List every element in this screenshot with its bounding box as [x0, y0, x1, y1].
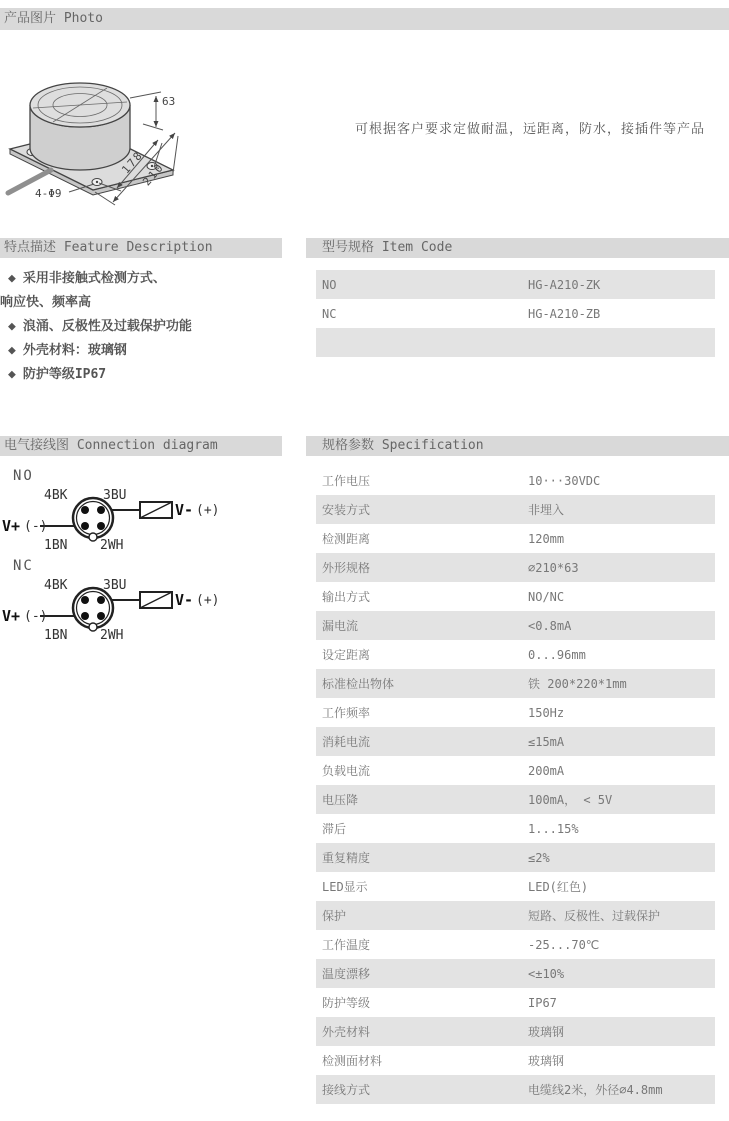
spec-label: 设定距离 [316, 640, 522, 669]
supply-plus-label: V+ [2, 607, 20, 625]
wiring-diagram-no: NO 4BK 3BU 1BN 2WH V+ (-) V- (+) [0, 466, 222, 554]
pin-label-4bk: 4BK [44, 488, 68, 503]
spec-label: 工作温度 [316, 930, 522, 959]
spec-label: 负载电流 [316, 756, 522, 785]
spec-label: 消耗电流 [316, 727, 522, 756]
spec-value: <±10% [522, 959, 715, 988]
diamond-bullet-icon: ◆ [8, 271, 16, 286]
supply-plus-polarity: (-) [24, 609, 47, 624]
table-row: 接线方式电缆线2米，外径∅4.8mm [316, 1075, 715, 1104]
spec-value: 0...96mm [522, 640, 715, 669]
table-row: 工作温度-25...70℃ [316, 930, 715, 959]
item-code-table: NOHG-A210-ZK NCHG-A210-ZB [316, 270, 715, 357]
table-row: LED显示LED(红色) [316, 872, 715, 901]
feature-text: 浪涌、反极性及过载保护功能 [23, 319, 192, 334]
spec-value: 150Hz [522, 698, 715, 727]
wiring-diagram-nc: NC 4BK 3BU 1BN 2WH V+ (-) V- (+) [0, 556, 222, 644]
table-row: 工作电压10···30VDC [316, 466, 715, 495]
table-row: 滞后1...15% [316, 814, 715, 843]
spec-value: <0.8mA [522, 611, 715, 640]
spec-value: 非埋入 [522, 495, 715, 524]
spec-label: 检测面材料 [316, 1046, 522, 1075]
feature-line: 响应快、频率高 [0, 291, 302, 315]
spec-label: 标准检出物体 [316, 669, 522, 698]
diamond-bullet-icon: ◆ [8, 319, 16, 334]
feature-text: 外壳材料：玻璃钢 [23, 343, 127, 358]
spec-label: 检测距离 [316, 524, 522, 553]
spec-label: 外壳材料 [316, 1017, 522, 1046]
item-code-value: HG-A210-ZK [522, 270, 715, 299]
product-datasheet-page: { "colors":{"header_bg":"#d9d9d9","row_a… [0, 0, 729, 1121]
spec-value: IP67 [522, 988, 715, 1017]
table-row: 设定距离0...96mm [316, 640, 715, 669]
spec-value: 10···30VDC [522, 466, 715, 495]
spec-value: 电缆线2米，外径∅4.8mm [522, 1075, 715, 1104]
spec-label: 外形规格 [316, 553, 522, 582]
dim-63-label: 63 [162, 95, 175, 108]
features-itemcode-band: ◆采用非接触式检测方式、 响应快、频率高 ◆浪涌、反极性及过载保护功能 ◆外壳材… [0, 258, 729, 436]
spec-value: 200mA [522, 756, 715, 785]
spec-value: 1...15% [522, 814, 715, 843]
spec-value: NO/NC [522, 582, 715, 611]
spec-section-header: 规格参数 Specification [306, 436, 729, 456]
photo-section-header: 产品图片 Photo [0, 8, 729, 30]
header-row-2: 特点描述 Feature Description 型号规格 Item Code [0, 238, 729, 258]
features-section-header: 特点描述 Feature Description [0, 238, 282, 258]
item-code-value [522, 328, 715, 357]
pin-label-2wh: 2WH [100, 538, 123, 553]
table-row: 电压降100mA， < 5V [316, 785, 715, 814]
spec-label: 防护等级 [316, 988, 522, 1017]
supply-minus-polarity: (+) [196, 593, 219, 608]
table-row: 外形规格∅210*63 [316, 553, 715, 582]
table-row: 标准检出物体铁 200*220*1mm [316, 669, 715, 698]
product-drawing: 63 178 210 4-Φ9 [5, 60, 340, 218]
spec-value: 100mA， < 5V [522, 785, 715, 814]
item-code-label: NO [316, 270, 522, 299]
connector-outer-ring [73, 498, 113, 538]
item-code-value: HG-A210-ZB [522, 299, 715, 328]
specification-table: 工作电压10···30VDC 安装方式非埋入 检测距离120mm 外形规格∅21… [316, 466, 715, 1104]
feature-list: ◆采用非接触式检测方式、 响应快、频率高 ◆浪涌、反极性及过载保护功能 ◆外壳材… [0, 258, 302, 387]
pin-label-1bn: 1BN [44, 538, 67, 553]
connector-outer-ring [73, 588, 113, 628]
table-row: 外壳材料玻璃钢 [316, 1017, 715, 1046]
table-row: 检测距离120mm [316, 524, 715, 553]
table-row: 漏电流<0.8mA [316, 611, 715, 640]
supply-minus-label: V- [175, 501, 193, 519]
table-row: 安装方式非埋入 [316, 495, 715, 524]
spec-label: LED显示 [316, 872, 522, 901]
spec-label: 保护 [316, 901, 522, 930]
spec-label: 安装方式 [316, 495, 522, 524]
spec-value: 120mm [522, 524, 715, 553]
table-row: 输出方式NO/NC [316, 582, 715, 611]
pin-label-3bu: 3BU [103, 578, 126, 593]
pin-label-2wh: 2WH [100, 628, 123, 643]
spec-label: 重复精度 [316, 843, 522, 872]
spec-value: LED(红色) [522, 872, 715, 901]
item-code-label: NC [316, 299, 522, 328]
table-row [316, 328, 715, 357]
spec-value: ∅210*63 [522, 553, 715, 582]
dim-63 [130, 92, 163, 130]
pin-label-4bk: 4BK [44, 578, 68, 593]
header-gap [282, 238, 306, 258]
connector-keyway [89, 623, 97, 631]
spec-value: 玻璃钢 [522, 1046, 715, 1075]
table-row: 工作频率150Hz [316, 698, 715, 727]
spec-label: 接线方式 [316, 1075, 522, 1104]
table-row: 检测面材料玻璃钢 [316, 1046, 715, 1075]
feature-line: ◆浪涌、反极性及过载保护功能 [0, 315, 302, 339]
diamond-bullet-icon: ◆ [8, 343, 16, 358]
feature-text: 响应快、频率高 [0, 295, 91, 310]
spec-label: 工作频率 [316, 698, 522, 727]
feature-text: 采用非接触式检测方式、 [23, 271, 166, 286]
table-row: 负载电流200mA [316, 756, 715, 785]
item-code-label [316, 328, 522, 357]
table-row: 防护等级IP67 [316, 988, 715, 1017]
supply-plus-label: V+ [2, 517, 20, 535]
diagram-title: NO [13, 468, 34, 484]
dim-holes-label: 4-Φ9 [35, 187, 62, 200]
connector-keyway [89, 533, 97, 541]
spec-value: 玻璃钢 [522, 1017, 715, 1046]
connection-diagrams: NO 4BK 3BU 1BN 2WH V+ (-) V- (+) [0, 456, 302, 644]
header-gap [282, 436, 306, 456]
pin-label-3bu: 3BU [103, 488, 126, 503]
connection-spec-band: NO 4BK 3BU 1BN 2WH V+ (-) V- (+) [0, 456, 729, 1104]
diagram-title: NC [13, 558, 34, 574]
spec-label: 工作电压 [316, 466, 522, 495]
supply-minus-label: V- [175, 591, 193, 609]
table-row: 保护短路、反极性、过载保护 [316, 901, 715, 930]
spec-value: ≤2% [522, 843, 715, 872]
table-row: 温度漂移<±10% [316, 959, 715, 988]
spec-label: 输出方式 [316, 582, 522, 611]
feature-text: 防护等级IP67 [23, 367, 106, 382]
spec-value: 铁 200*220*1mm [522, 669, 715, 698]
spec-label: 滞后 [316, 814, 522, 843]
diamond-bullet-icon: ◆ [8, 367, 16, 382]
spec-value: ≤15mA [522, 727, 715, 756]
feature-line: ◆防护等级IP67 [0, 363, 302, 387]
customization-note: 可根据客户要求定做耐温，远距离，防水，接插件等产品 [355, 118, 705, 137]
item-code-section-header: 型号规格 Item Code [306, 238, 729, 258]
spec-label: 温度漂移 [316, 959, 522, 988]
pin-label-1bn: 1BN [44, 628, 67, 643]
table-row: 重复精度≤2% [316, 843, 715, 872]
photo-section: 63 178 210 4-Φ9 可根据客户要求定做耐温，远距离，防水，接插件等产… [0, 30, 729, 238]
supply-minus-polarity: (+) [196, 503, 219, 518]
connection-section-header: 电气接线图 Connection diagram [0, 436, 282, 456]
supply-plus-polarity: (-) [24, 519, 47, 534]
spec-label: 漏电流 [316, 611, 522, 640]
table-row: NCHG-A210-ZB [316, 299, 715, 328]
spec-value: 短路、反极性、过载保护 [522, 901, 715, 930]
table-row: 消耗电流≤15mA [316, 727, 715, 756]
spec-value: -25...70℃ [522, 930, 715, 959]
spec-label: 电压降 [316, 785, 522, 814]
table-row: NOHG-A210-ZK [316, 270, 715, 299]
feature-line: ◆采用非接触式检测方式、 [0, 267, 302, 291]
header-row-3: 电气接线图 Connection diagram 规格参数 Specificat… [0, 436, 729, 456]
feature-line: ◆外壳材料：玻璃钢 [0, 339, 302, 363]
